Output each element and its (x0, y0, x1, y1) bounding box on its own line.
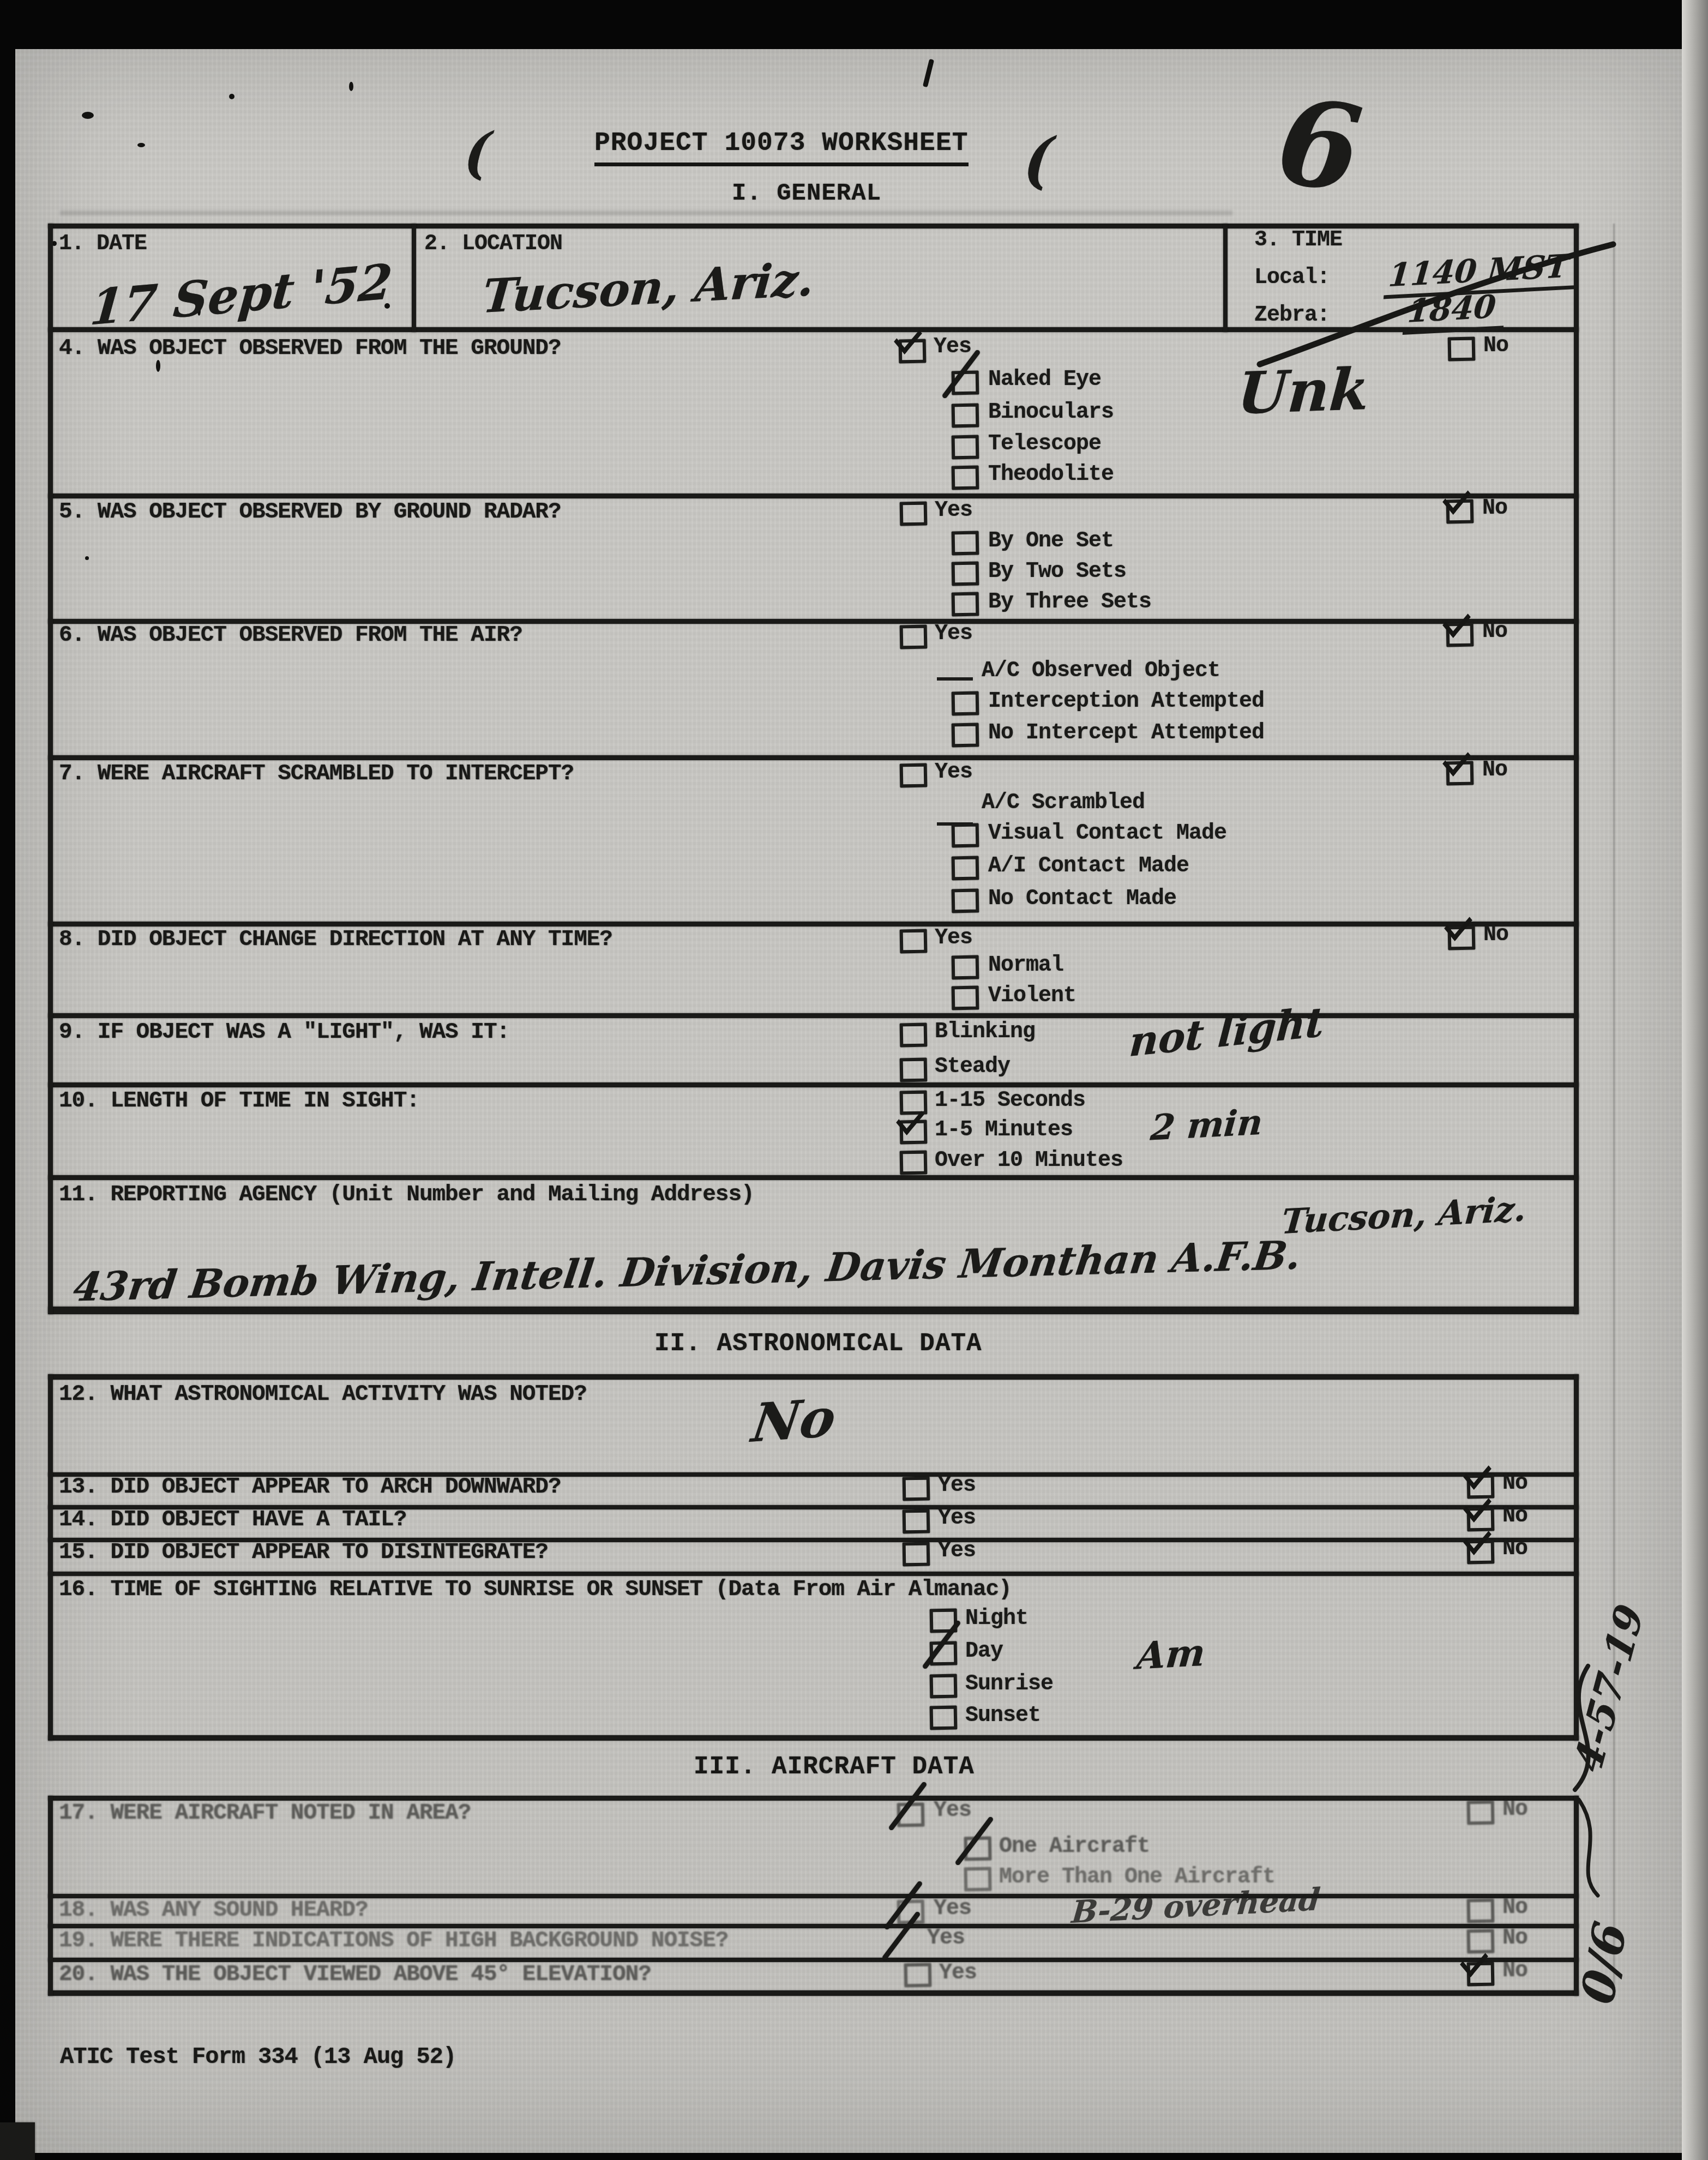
q6-no-label: No (1482, 619, 1507, 644)
time-local-label: Local: (1254, 266, 1330, 290)
question-9: 9. IF OBJECT WAS A "LIGHT", WAS IT: (59, 1020, 509, 1045)
ink-speck (137, 143, 145, 147)
table-border (1574, 224, 1579, 1314)
scan-corner-shadow (0, 2122, 35, 2160)
question-6: 6. WAS OBJECT OBSERVED FROM THE AIR? (59, 623, 522, 648)
q20-yes-checkbox (904, 1963, 932, 1988)
q18-no-label: No (1502, 1896, 1527, 1920)
q7-option-ac-scrambled-label: A/C Scrambled (982, 791, 1145, 815)
q6-option-interception-checkbox (952, 691, 979, 716)
q7-option-no-contact-label: No Contact Made (988, 887, 1176, 911)
q4-option-binoculars-checkbox (952, 404, 979, 428)
question-15: 15. DID OBJECT APPEAR TO DISINTEGRATE? (59, 1540, 548, 1565)
table-border (1223, 224, 1228, 332)
time-zebra-label: Zebra: (1254, 303, 1330, 328)
q17-yes-label: Yes (934, 1798, 971, 1823)
q10-option-minutes-label: 1-5 Minutes (935, 1118, 1073, 1142)
ink-speck (349, 82, 353, 91)
q13-yes-label: Yes (938, 1473, 976, 1498)
time-zebra-value-handwritten: 1840 (1403, 287, 1507, 335)
q5-no-label: No (1482, 496, 1507, 521)
q4-option-naked-eye-label: Naked Eye (988, 368, 1101, 392)
q6-option-ac-observed-label: A/C Observed Object (982, 659, 1220, 683)
date-label: 1. DATE (59, 232, 147, 256)
q5-option-three-sets-checkbox (952, 592, 979, 617)
q7-option-no-contact-checkbox (952, 889, 979, 913)
q7-yes-label: Yes (935, 760, 972, 785)
q19-no-label: No (1502, 1926, 1527, 1951)
q4-option-theodolite-label: Theodolite (988, 462, 1114, 487)
table-border (48, 1796, 53, 1996)
table-border (48, 1374, 53, 1741)
table-border (48, 1735, 1579, 1741)
question-19: 19. WERE THERE INDICATIONS OF HIGH BACKG… (59, 1928, 728, 1953)
question-18: 18. WAS ANY SOUND HEARD? (59, 1898, 368, 1923)
table-border (48, 1374, 1579, 1380)
scanned-form-page: ( PROJECT 10073 WORKSHEET ( I. GENERAL 6… (0, 0, 1708, 2160)
q5-yes-label: Yes (935, 498, 972, 523)
q6-yes-checkbox (900, 625, 928, 649)
q5-option-three-sets-label: By Three Sets (988, 590, 1151, 615)
table-border (48, 1990, 1579, 1996)
q15-yes-checkbox (903, 1542, 930, 1567)
table-border (48, 755, 1579, 760)
table-border (48, 224, 1579, 228)
q7-option-ai-contact-checkbox (952, 856, 979, 881)
q17-no-checkbox (1467, 1801, 1495, 1825)
ink-speck (82, 112, 94, 119)
q6-option-no-intercept-checkbox (952, 723, 979, 748)
table-border (48, 1924, 1579, 1928)
q15-no-label: No (1502, 1537, 1527, 1561)
table-border (1574, 1374, 1579, 1741)
q13-yes-checkbox (903, 1477, 930, 1501)
table-border (48, 224, 53, 1314)
question-7: 7. WERE AIRCRAFT SCRAMBLED TO INTERCEPT? (59, 761, 574, 786)
location-label: 2. LOCATION (424, 232, 562, 256)
question-16: 16. TIME OF SIGHTING RELATIVE TO SUNRISE… (59, 1577, 1012, 1602)
table-border (48, 1572, 1579, 1576)
section-heading-astronomical: II. ASTRONOMICAL DATA (654, 1329, 982, 1358)
ink-speck (85, 556, 89, 560)
q16-option-sunrise-label: Sunrise (965, 1672, 1053, 1696)
film-edge (1682, 0, 1708, 2160)
table-border (48, 494, 1579, 498)
question-20: 20. WAS THE OBJECT VIEWED ABOVE 45° ELEV… (59, 1962, 651, 1987)
ink-speck (229, 94, 234, 99)
q14-yes-label: Yes (938, 1506, 976, 1531)
question-10: 10. LENGTH OF TIME IN SIGHT: (59, 1088, 419, 1114)
table-border (48, 1307, 1579, 1314)
q16-option-sunset-checkbox (930, 1706, 958, 1730)
q8-yes-checkbox (900, 929, 928, 954)
q5-option-one-set-checkbox (952, 531, 979, 556)
q9-option-steady-checkbox (900, 1058, 928, 1082)
q6-option-no-intercept-label: No Intercept Attempted (988, 721, 1264, 745)
table-border (48, 1958, 1579, 1962)
q7-no-label: No (1482, 758, 1507, 783)
question-13: 13. DID OBJECT APPEAR TO ARCH DOWNWARD? (59, 1475, 561, 1500)
question-12: 12. WHAT ASTRONOMICAL ACTIVITY WAS NOTED… (59, 1382, 587, 1407)
table-border (48, 922, 1579, 926)
question-17: 17. WERE AIRCRAFT NOTED IN AREA? (59, 1801, 471, 1826)
q4-option-binoculars-label: Binoculars (988, 400, 1114, 425)
page-title: PROJECT 10073 WORKSHEET (594, 129, 969, 166)
q4-option-telescope-label: Telescope (988, 432, 1101, 456)
q20-no-label: No (1502, 1959, 1527, 1983)
q4-no-label: No (1483, 334, 1508, 358)
q13-no-label: No (1502, 1471, 1527, 1496)
q18-yes-label: Yes (934, 1897, 971, 1921)
q14-yes-checkbox (903, 1509, 930, 1534)
table-border (48, 1796, 1579, 1801)
q6-yes-label: Yes (935, 622, 972, 646)
table-border (48, 1013, 1579, 1018)
q10-option-seconds-label: 1-15 Seconds (935, 1088, 1085, 1113)
q8-option-violent-label: Violent (988, 984, 1076, 1008)
q10-option-over10-checkbox (900, 1151, 928, 1175)
question-4: 4. WAS OBJECT OBSERVED FROM THE GROUND? (59, 336, 561, 361)
q8-option-violent-checkbox (952, 986, 979, 1010)
time-label: 3. TIME (1254, 228, 1342, 252)
q12-answer-handwritten: No (748, 1386, 839, 1454)
form-number-footer: ATIC Test Form 334 (13 Aug 52) (60, 2044, 456, 2070)
q7-option-visual-contact-label: Visual Contact Made (988, 821, 1226, 846)
q16-option-sunrise-checkbox (930, 1674, 958, 1699)
q16-option-sunset-label: Sunset (965, 1704, 1041, 1728)
q8-option-normal-checkbox (952, 955, 979, 980)
q7-option-ai-contact-label: A/I Contact Made (988, 854, 1189, 879)
q15-yes-label: Yes (938, 1539, 976, 1563)
q5-yes-checkbox (900, 502, 928, 526)
q9-option-blinking-checkbox (900, 1023, 928, 1048)
table-border (48, 1082, 1579, 1087)
question-5: 5. WAS OBJECT OBSERVED BY GROUND RADAR? (59, 500, 561, 525)
q7-option-ac-scrambled-blankline (937, 806, 973, 826)
q16-option-night-label: Night (965, 1607, 1028, 1631)
q4-yes-label: Yes (934, 335, 971, 359)
question-11: 11. REPORTING AGENCY (Unit Number and Ma… (59, 1182, 754, 1207)
q8-no-label: No (1483, 923, 1508, 947)
q10-annotation-handwritten: 2 min (1149, 1102, 1265, 1148)
section-heading-general: I. GENERAL (732, 180, 881, 207)
table-border (412, 224, 416, 332)
section-heading-aircraft: III. AIRCRAFT DATA (694, 1753, 975, 1781)
q9-option-blinking-label: Blinking (935, 1020, 1035, 1044)
q5-option-two-sets-checkbox (952, 562, 979, 586)
q6-option-interception-label: Interception Attempted (988, 689, 1264, 714)
scan-streak (60, 210, 1232, 215)
table-border (48, 1175, 1579, 1180)
q19-yes-label: Yes (927, 1926, 965, 1951)
q20-yes-label: Yes (939, 1961, 977, 1985)
q17-option-one-aircraft-label: One Aircraft (999, 1834, 1150, 1859)
q6-option-ac-observed-blankline (937, 661, 973, 681)
q7-yes-checkbox (900, 763, 928, 788)
q4-no-checkbox (1448, 337, 1476, 362)
question-8: 8. DID OBJECT CHANGE DIRECTION AT ANY TI… (59, 927, 612, 952)
q16-annotation-handwritten: Am (1135, 1630, 1207, 1678)
handwritten-page-number: 6 (1271, 72, 1368, 219)
q5-option-two-sets-label: By Two Sets (988, 559, 1126, 584)
q4-option-theodolite-checkbox (952, 466, 979, 490)
q10-option-over10-label: Over 10 Minutes (935, 1148, 1123, 1173)
table-border (48, 327, 1579, 332)
q17-no-label: No (1502, 1797, 1527, 1822)
q14-no-label: No (1502, 1504, 1527, 1529)
q18-no-checkbox (1467, 1899, 1495, 1923)
q4-annotation-handwritten: Unk (1236, 355, 1372, 428)
q9-option-steady-label: Steady (935, 1055, 1010, 1079)
ink-speck (156, 360, 160, 372)
q4-option-telescope-checkbox (952, 435, 979, 460)
q7-option-visual-contact-checkbox (952, 823, 979, 848)
question-14: 14. DID OBJECT HAVE A TAIL? (59, 1507, 406, 1532)
q8-yes-label: Yes (935, 926, 972, 950)
q8-option-normal-label: Normal (988, 953, 1063, 978)
q17-option-more-aircraft-checkbox (964, 1867, 992, 1892)
q5-option-one-set-label: By One Set (988, 529, 1114, 553)
q16-option-day-label: Day (965, 1639, 1003, 1664)
